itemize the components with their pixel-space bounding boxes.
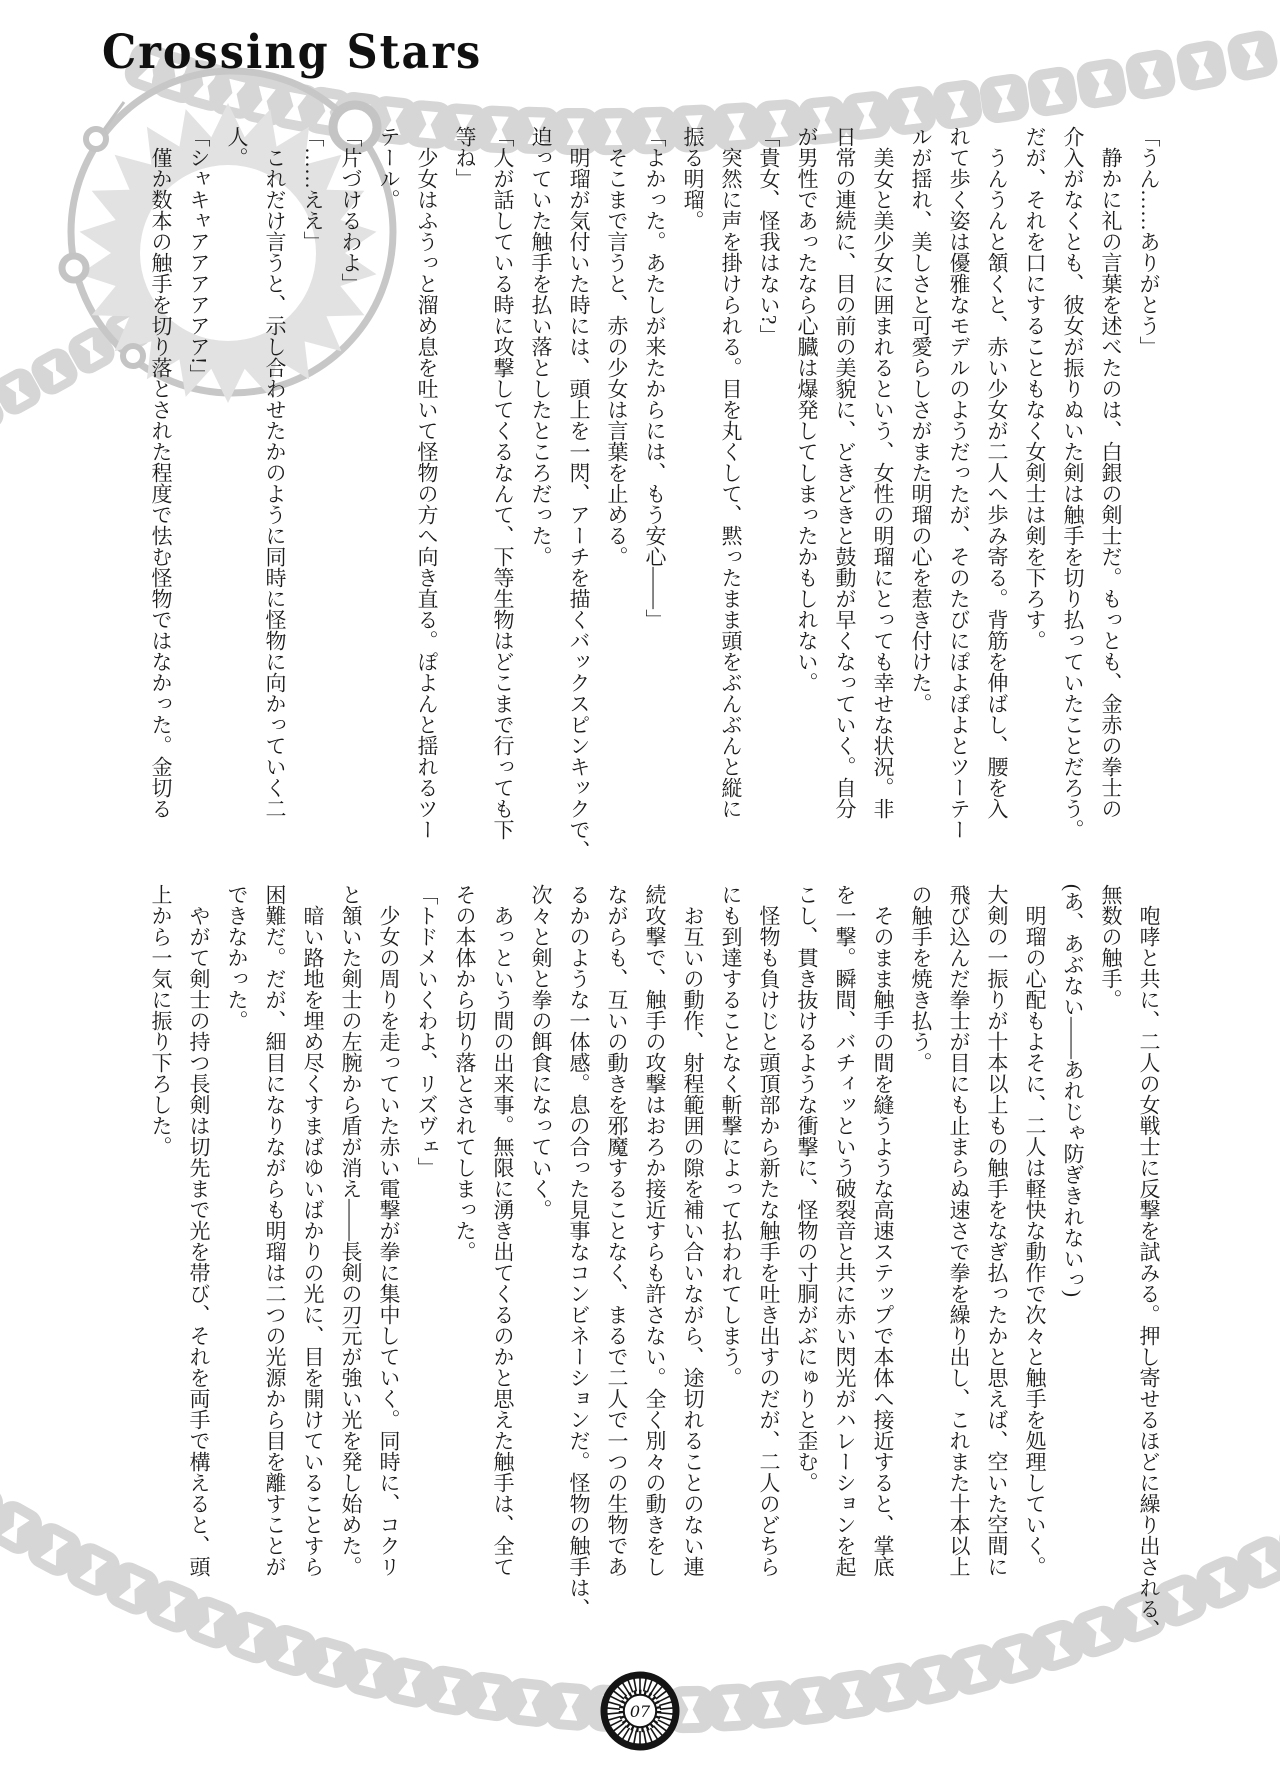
orbit-node-icon — [123, 346, 143, 366]
text-column: 僅か数本の触手を切り落とされた程度で怯む怪物ではなかった。金切る — [142, 126, 180, 886]
text-column: 明瑠が気付いた時には、頭上を一閃、アーチを描くバックスピンキックで、 — [560, 126, 598, 886]
text-column: だが、それを口にすることもなく女剣士は剣を下ろす。 — [1016, 126, 1054, 886]
text-column: やがて剣士の持つ長剣は切先まで光を帯び、それを両手で構えると、頭 — [180, 884, 218, 1668]
text-column: 暗い路地を埋め尽くすまばゆいばかりの光に、目を開けていることすら — [294, 884, 332, 1668]
text-column: テール。 — [370, 126, 408, 886]
text-column: 続攻撃で、触手の攻撃はおろか接近すらも許さない。全く別々の動きをし — [636, 884, 674, 1668]
text-column: の触手を焼き払う。 — [902, 884, 940, 1668]
top-text-block: 「うん……ありがとう」 静かに礼の言葉を述べたのは、白銀の剣士だ。もっとも、金赤… — [142, 126, 1168, 886]
text-column: 日常の連続に、目の前の美貌に、どきどきと鼓動が早くなっていく。自分 — [826, 126, 864, 886]
novel-page: Crossing Stars 「うん……ありがとう」 静かに礼の言葉を述べたのは… — [0, 0, 1280, 1790]
page-number-wheel: 07 — [598, 1669, 682, 1753]
page-number: 07 — [630, 1702, 651, 1721]
text-column: るかのような一体感。息の合った見事なコンビネーションだ。怪物の触手は、 — [560, 884, 598, 1668]
text-column: 少女はふうっと溜め息を吐いて怪物の方へ向き直る。ぽよんと揺れるツー — [408, 126, 446, 886]
text-column: 飛び込んだ拳士が目にも止まらぬ速さで拳を繰り出し、これまた十本以上 — [940, 884, 978, 1668]
text-column: 「……ええ」 — [294, 126, 332, 886]
text-column: 咆哮と共に、二人の女戦士に反撃を試みる。押し寄せるほどに繰り出される、 — [1130, 884, 1168, 1668]
text-column: 「片づけるわよ」 — [332, 126, 370, 886]
text-column: 突然に声を掛けられる。目を丸くして、黙ったまま頭をぶんぶんと縦に — [712, 126, 750, 886]
text-column: お互いの動作、射程範囲の隙を補い合いながら、途切れることのない連 — [674, 884, 712, 1668]
text-column: 「トドメいくわよ、リズヴェ」 — [408, 884, 446, 1668]
page-title: Crossing Stars — [102, 26, 482, 80]
text-column: 「貴女、怪我はない?」 — [750, 126, 788, 886]
text-column: その本体から切り落とされてしまった。 — [446, 884, 484, 1668]
text-column: と頷いた剣士の左腕から盾が消え――長剣の刃元が強い光を発し始めた。 — [332, 884, 370, 1668]
text-column: 人。 — [218, 126, 256, 886]
text-column: れて歩く姿は優雅なモデルのようだったが、そのたびにぽよぽよとツーテー — [940, 126, 978, 886]
text-column: 困難だ。だが、細目になりながらも明瑠は二つの光源から目を離すことが — [256, 884, 294, 1668]
text-column: 振る明瑠。 — [674, 126, 712, 886]
text-column: 静かに礼の言葉を述べたのは、白銀の剣士だ。もっとも、金赤の拳士の — [1092, 126, 1130, 886]
text-column: (あ、あぶない――あれじゃ防ぎきれないっ) — [1054, 884, 1092, 1668]
text-column: ながらも、互いの動きを邪魔することなく、まるで二人で一つの生物であ — [598, 884, 636, 1668]
text-column: 明瑠の心配もよそに、二人は軽快な動作で次々と触手を処理していく。 — [1016, 884, 1054, 1668]
text-column: できなかった。 — [218, 884, 256, 1668]
text-column: 次々と剣と拳の餌食になっていく。 — [522, 884, 560, 1668]
orbit-node-icon — [62, 256, 86, 280]
text-column: 等ね」 — [446, 126, 484, 886]
orbit-node-icon — [86, 129, 106, 149]
text-column: これだけ言うと、示し合わせたかのように同時に怪物に向かっていく二 — [256, 126, 294, 886]
text-column: 「人が話している時に攻撃してくるなんて、下等生物はどこまで行っても下 — [484, 126, 522, 886]
text-column: 迫っていた触手を払い落としたところだった。 — [522, 126, 560, 886]
text-column: 大剣の一振りが十本以上もの触手をなぎ払ったかと思えば、空いた空間に — [978, 884, 1016, 1668]
text-column: 無数の触手。 — [1092, 884, 1130, 1668]
text-column: を一撃。瞬間、バチィッという破裂音と共に赤い閃光がハレーションを起 — [826, 884, 864, 1668]
text-column: そのまま触手の間を縫うような高速ステップで本体へ接近すると、掌底 — [864, 884, 902, 1668]
text-column: 「よかった。あたしが来たからには、もう安心――」 — [636, 126, 674, 886]
text-column: にも到達することなく斬撃によって払われてしまう。 — [712, 884, 750, 1668]
text-column: 「うん……ありがとう」 — [1130, 126, 1168, 886]
text-column: 上から一気に振り下ろした。 — [142, 884, 180, 1668]
text-column: 少女の周りを走っていた赤い電撃が拳に集中していく。同時に、コクリ — [370, 884, 408, 1668]
bottom-text-block: 咆哮と共に、二人の女戦士に反撃を試みる。押し寄せるほどに繰り出される、無数の触手… — [142, 884, 1168, 1668]
text-column: こし、貫き抜けるような衝撃に、怪物の寸胴がぶにゅりと歪む。 — [788, 884, 826, 1668]
text-column: が男性であったなら心臓は爆発してしまったかもしれない。 — [788, 126, 826, 886]
text-column: 介入がなくとも、彼女が振りぬいた剣は触手を切り払っていたことだろう。 — [1054, 126, 1092, 886]
text-column: 美女と美少女に囲まれるという、女性の明瑠にとっても幸せな状況。非 — [864, 126, 902, 886]
text-column: 怪物も負けじと頭頂部から新たな触手を吐き出すのだが、二人のどちら — [750, 884, 788, 1668]
text-column: あっという間の出来事。無限に湧き出てくるのかと思えた触手は、全て — [484, 884, 522, 1668]
text-column: そこまで言うと、赤の少女は言葉を止める。 — [598, 126, 636, 886]
text-column: 「シャキャアアアアアア!」 — [180, 126, 218, 886]
text-column: うんうんと頷くと、赤い少女が二人へ歩み寄る。背筋を伸ばし、腰を入 — [978, 126, 1016, 886]
text-column: ルが揺れ、美しさと可愛らしさがまた明瑠の心を惹き付けた。 — [902, 126, 940, 886]
